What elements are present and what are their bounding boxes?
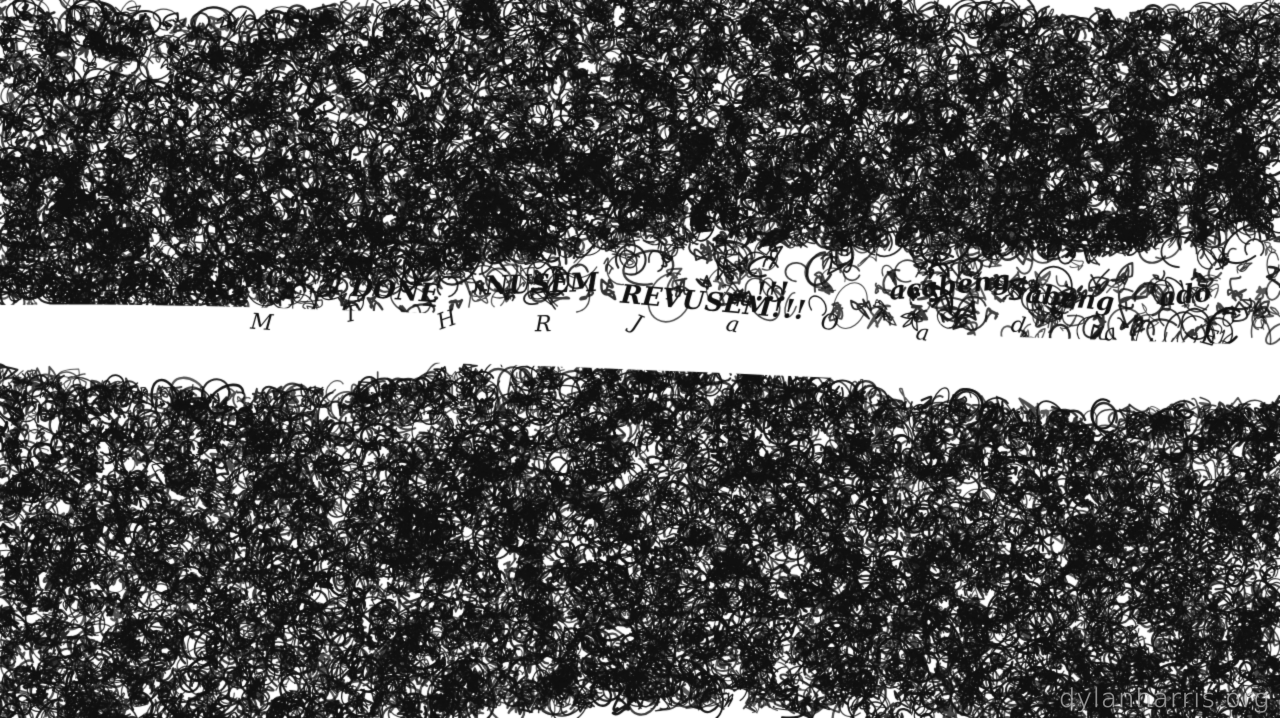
scribble-artwork (0, 0, 1280, 718)
